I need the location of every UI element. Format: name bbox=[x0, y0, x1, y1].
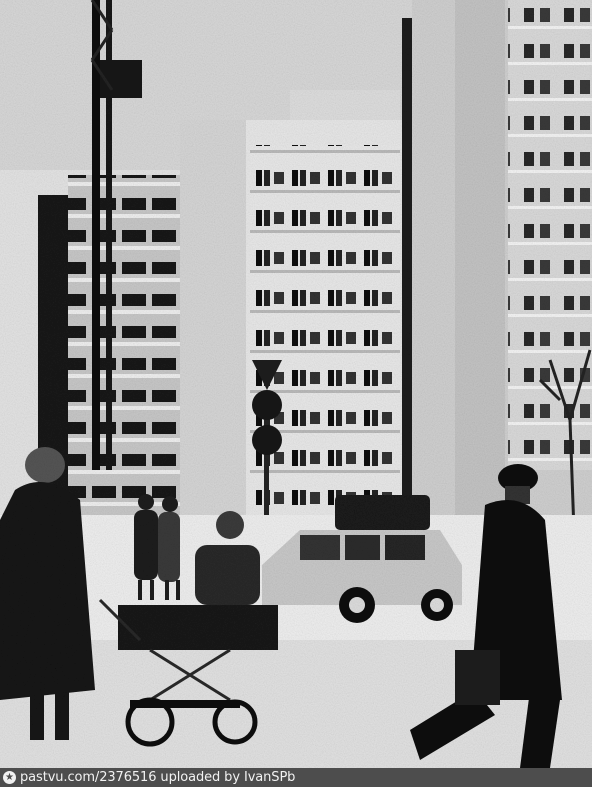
photograph bbox=[0, 0, 592, 768]
lamp-post bbox=[402, 18, 412, 498]
building-left bbox=[68, 175, 180, 515]
caption-text: pastvu.com/2376516 uploaded by IvanSPb bbox=[20, 768, 295, 787]
star-icon: ★ bbox=[3, 771, 16, 784]
caption-bar: ★ pastvu.com/2376516 uploaded by IvanSPb bbox=[0, 768, 592, 787]
photo-scene bbox=[0, 0, 592, 768]
van bbox=[335, 495, 430, 530]
